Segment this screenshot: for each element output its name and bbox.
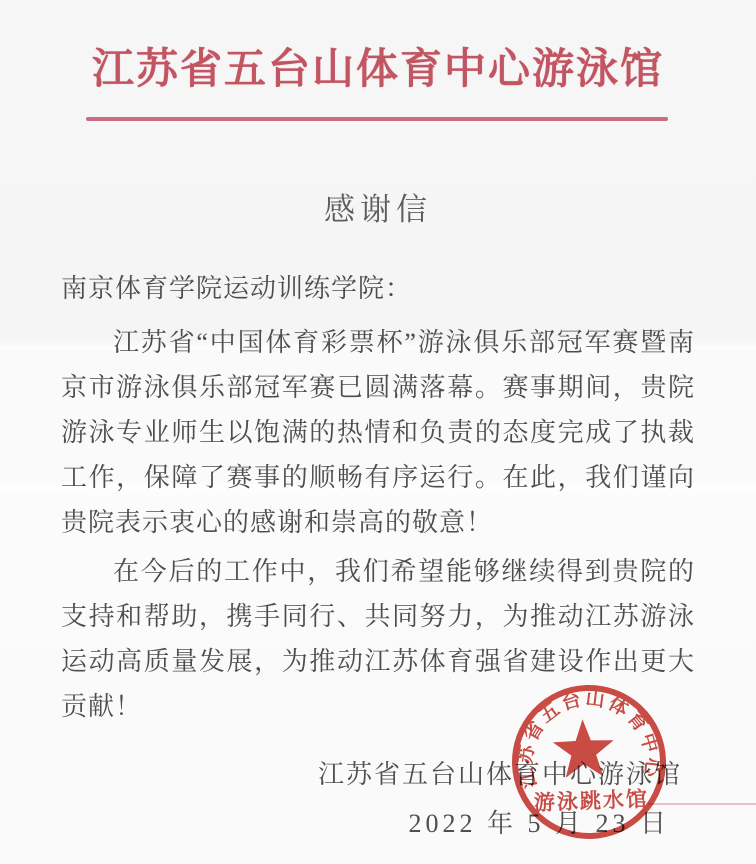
letterhead-rule [86,117,668,121]
letter-title: 感谢信 [0,184,756,229]
letterhead-org-name: 江苏省五台山体育中心游泳馆 [0,36,756,96]
letter-body: 南京体育学院运动训练学院： 江苏省“中国体育彩票杯”游泳俱乐部冠军赛暨南京市游泳… [61,266,695,729]
official-seal-stamp: 江苏省五台山体育中心 游泳跳水馆 [486,659,693,864]
stamp-bottom-text: 游泳跳水馆 [533,787,649,815]
paragraph-1: 江苏省“中国体育彩票杯”游泳俱乐部冠军赛暨南京市游泳俱乐部冠军赛已圆满落幕。赛事… [61,320,695,545]
star-icon [552,718,615,778]
letter-page: 江苏省五台山体育中心游泳馆 感谢信 南京体育学院运动训练学院： 江苏省“中国体育… [0,0,756,864]
salutation: 南京体育学院运动训练学院： [61,266,695,311]
